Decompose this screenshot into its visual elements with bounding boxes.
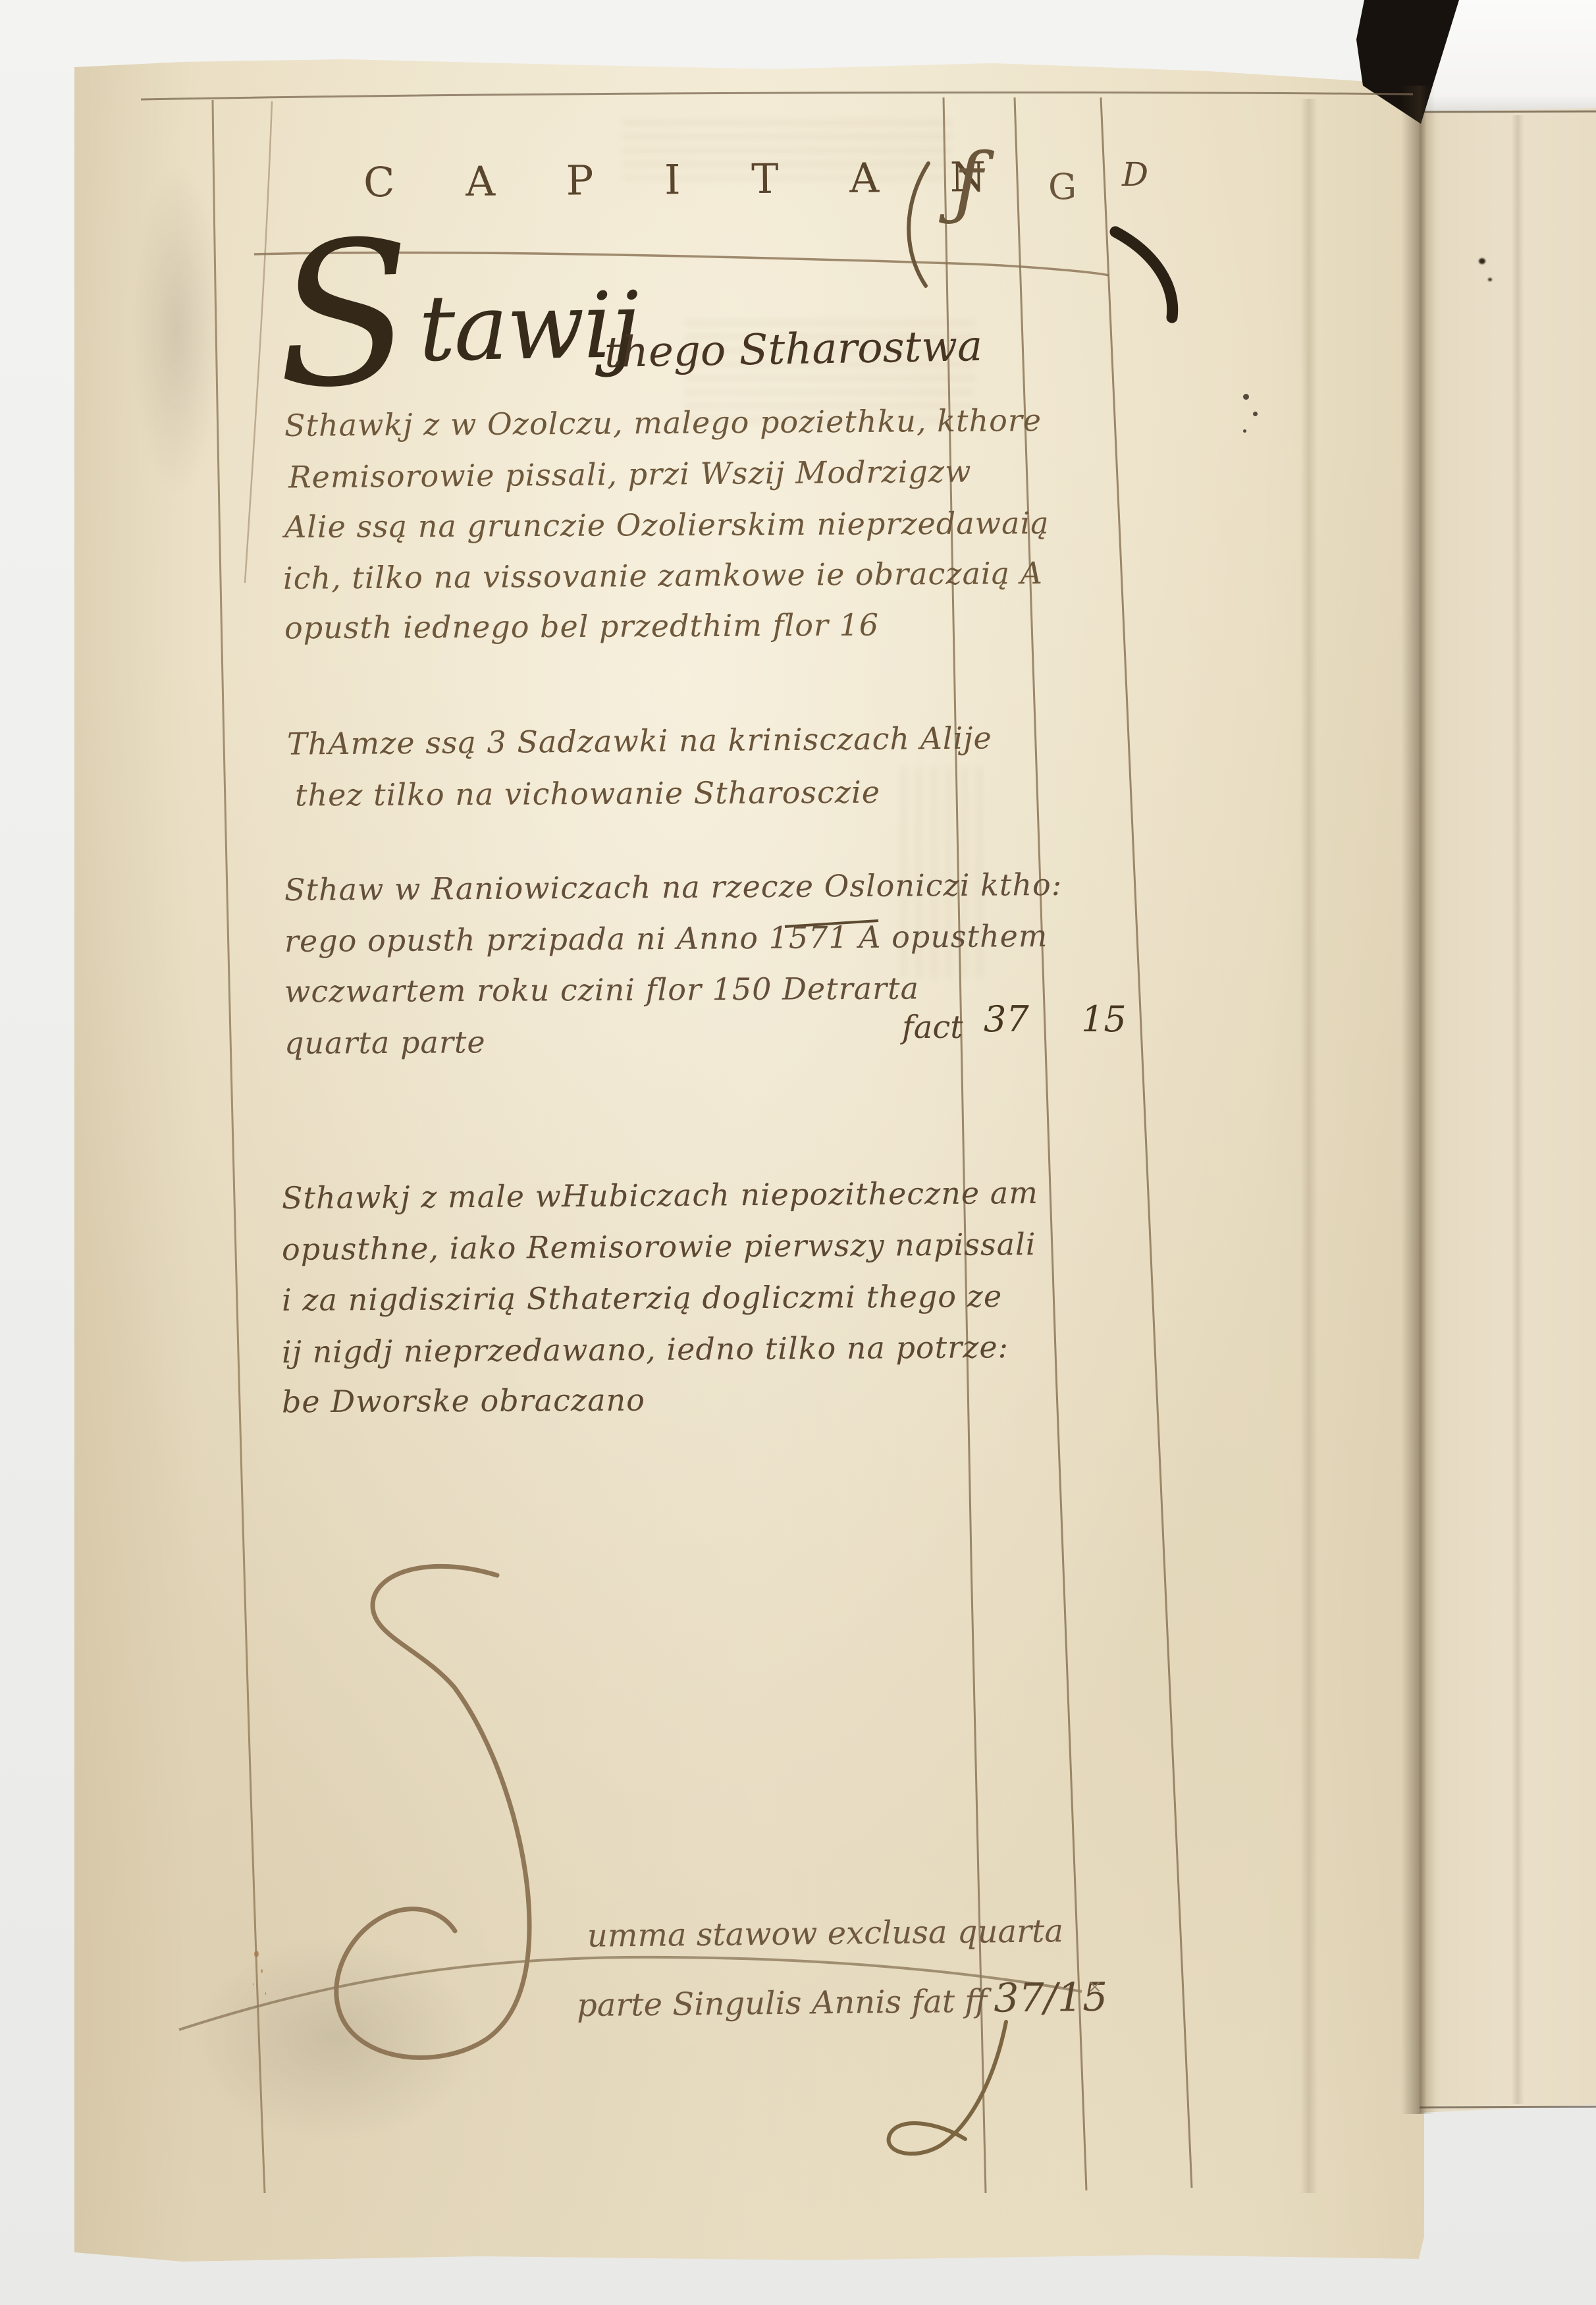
paragraph-3-line: Sthaw w Raniowiczach na rzecze Osloniczi… xyxy=(284,867,1063,908)
amount-groschen: 15 xyxy=(1081,998,1127,1040)
column-label-florins: ƒ xyxy=(953,137,982,229)
ink-crescent-mark xyxy=(1115,232,1173,317)
paragraph-2-line: ThAmze ssą 3 Sadzawki na krinisczach Ali… xyxy=(287,720,992,761)
left-margin-line-inner xyxy=(245,101,272,583)
paragraph-1-line: Sthawkj z w Ozolczu, malego poziethku, k… xyxy=(284,402,1042,443)
paragraph-4-line: opusthne, iako Remisorowie pierwszy napi… xyxy=(282,1226,1036,1267)
paragraph-1-line: Alie ssą na grunczie Ozolierskim nieprze… xyxy=(284,505,1050,545)
manuscript-scan: { "doc": { "folio_header": "C A P I T A … xyxy=(0,0,1596,2305)
paragraph-4-line: be Dworske obraczano xyxy=(282,1382,645,1420)
fact-annotation: fact xyxy=(902,1009,963,1046)
paragraph-4-line: ij nigdj nieprzedawano, iedno tilko na p… xyxy=(282,1329,1009,1370)
summary-text: parte Singulis Annis fat ff xyxy=(577,1983,988,2024)
paragraph-3-line: wczwartem roku czini flor 150 Detrarta xyxy=(284,970,919,1009)
ff-descender-swash xyxy=(889,2022,1006,2154)
bottom-rule-tick: × xyxy=(1088,1977,1102,1997)
paragraph-4-line: Sthawkj z male wHubiczach niepozitheczne… xyxy=(282,1175,1038,1216)
top-rule xyxy=(141,92,1413,99)
left-margin-line-outer xyxy=(213,100,265,2193)
summary-line: parte Singulis Annis fat ff37/15 xyxy=(577,1974,1108,2026)
column-label-denars: D xyxy=(1122,155,1148,194)
folio-header: C A P I T A N xyxy=(363,153,1015,207)
paragraph-4-line: i za nigdiszirią Sthaterzią dogliczmi th… xyxy=(282,1278,1002,1318)
title-initial: S xyxy=(273,219,415,412)
paragraph-3-line: quarta parte xyxy=(284,1024,486,1061)
money-column-line-3 xyxy=(1101,97,1192,2188)
title-subtitle: thego Stharostwa xyxy=(604,322,982,377)
amount-florins: 37 xyxy=(984,998,1029,1040)
summary-line: umma stawow exclusa quarta xyxy=(587,1912,1063,1955)
summa-initial-flourish xyxy=(336,1566,529,2057)
column-label-groschen: G xyxy=(1048,166,1077,207)
paragraph-1-line: ich, tilko na vissovanie zamkowe ie obra… xyxy=(283,555,1043,596)
paragraph-1-line: Remisorowie pissali, przi Wszij Modrzigz… xyxy=(288,453,972,495)
paragraph-3-line: rego opusth przipada ni Anno 1571 A opus… xyxy=(284,918,1048,959)
paragraph-2-line: thez tilko na vichowanie Stharosczie xyxy=(295,774,880,813)
paragraph-1-line: opusth iednego bel przedthim flor 16 xyxy=(284,607,879,646)
